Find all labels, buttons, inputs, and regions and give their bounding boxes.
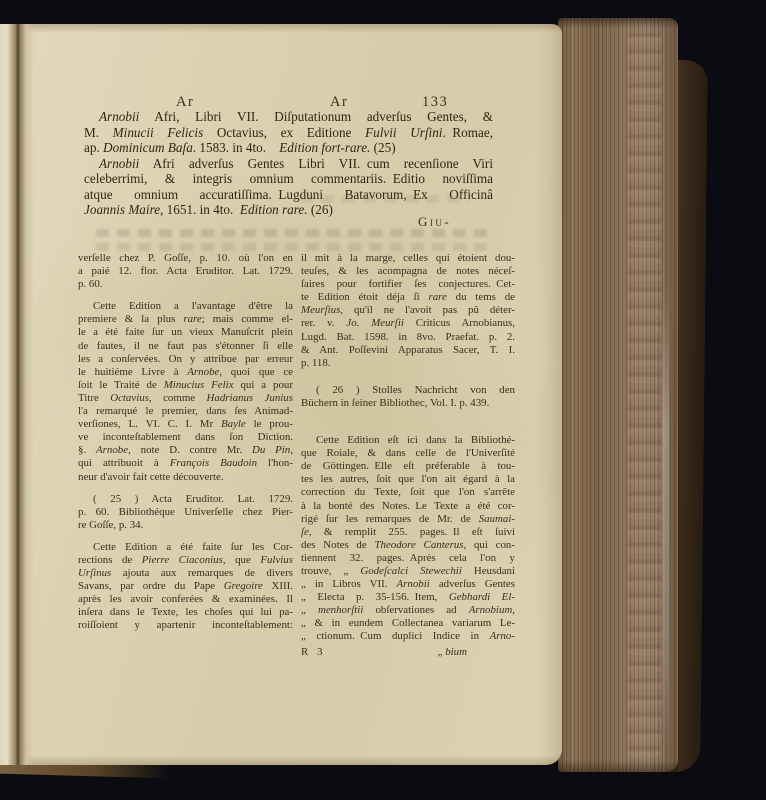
- text-line: verſelle chez P. Goſſe, p. 10. où l'on e…: [78, 252, 293, 265]
- text-line: Titre Octavius, comme Hadrianus Junius: [78, 392, 293, 405]
- text-line: „ in Libros VII. Arnobii adverſus Gentes: [301, 578, 515, 591]
- text-line: tiennent 32. pages. Après cela l'on y: [301, 552, 515, 565]
- show-through-text: [300, 195, 470, 203]
- text-line: Meurſius, qu'il ne l'avoit pas pû déter-: [301, 304, 515, 317]
- paragraph: Cette Edition a été faite ſur les Cor-re…: [78, 541, 293, 633]
- text-line: §. Arnobe, note D. contre Mr. Du Pin,: [78, 444, 293, 457]
- text-line: que Roiale, & dans celle de l'Univerſité: [301, 447, 515, 460]
- text-line: correction du Texte, ſoit que l'on s'arr…: [301, 486, 515, 499]
- show-through-text: [96, 229, 488, 237]
- paragraph: verſelle chez P. Goſſe, p. 10. où l'on e…: [78, 252, 293, 291]
- text-line: ſe, & remplit 255. pages. Il eſt ſuivi: [301, 526, 515, 539]
- text-line: Arnobii Afri, Libri VII. Diſputationum a…: [84, 109, 493, 125]
- text-line: ( 25 ) Acta Eruditor. Lat. 1729.: [78, 493, 293, 506]
- text-line: après les avoir conferées & examinées. I…: [78, 593, 293, 606]
- text-line: rections de Pierre Ciaconius, que Fulviu…: [78, 554, 293, 567]
- direction-word: Giu-: [418, 214, 451, 230]
- text-line: „ Electa p. 35-156. Item, Gebhardi El-: [301, 591, 515, 604]
- text-line: ap. Dominicum Baſa. 1583. in 4to. Editio…: [84, 140, 493, 156]
- photo-background: Ar Ar 133 Arnobii Afri, Libri VII. Diſpu…: [0, 0, 766, 800]
- text-line: a paié 12. flor. Acta Eruditor. Lat. 172…: [78, 265, 293, 278]
- paragraph: Cette Edition eſt ici dans la Bibliothé-…: [301, 434, 515, 644]
- text-line: il mit à la marge, celles qui étoient do…: [301, 252, 515, 265]
- text-line: premiere & la plus rare; mais comme el-: [78, 313, 293, 326]
- text-line: roiſſoient y apartenir inconteſtablement…: [78, 619, 293, 632]
- show-through-text: [96, 243, 488, 251]
- text-line: ( 26 ) Stolles Nachricht von den: [301, 384, 515, 397]
- paragraph: Arnobii Afri, Libri VII. Diſputationum a…: [84, 109, 493, 156]
- text-line: rigé ſur les remarques de Mr. de Saumai-: [301, 513, 515, 526]
- text-line: Urſinus ajouta aux remarques de divers: [78, 567, 293, 580]
- text-line: p. 118.: [301, 357, 515, 370]
- text-line: tes les autres, ſoit que l'on ait égard …: [301, 473, 515, 486]
- text-line: „ menhorſtii obſervationes ad Arnobium,: [301, 604, 515, 617]
- book-fore-edge: [558, 18, 678, 772]
- text-line: Cette Edition a été faite ſur les Cor-: [78, 541, 293, 554]
- left-column: verſelle chez P. Goſſe, p. 10. où l'on e…: [78, 252, 293, 659]
- right-column: il mit à la marge, celles qui étoient do…: [301, 252, 515, 659]
- text-line: qui attribuoit à François Baudoin l'hon-: [78, 457, 293, 470]
- text-line: à la bonté des Notes. Le Texte a été cor…: [301, 500, 515, 513]
- book-page: Ar Ar 133 Arnobii Afri, Libri VII. Diſpu…: [0, 24, 562, 765]
- text-columns: verſelle chez P. Goſſe, p. 10. où l'on e…: [78, 252, 515, 659]
- paragraph: il mit à la marge, celles qui étoient do…: [301, 252, 515, 370]
- fore-edge-mottle: [628, 33, 662, 757]
- text-line: Büchern in ſeiner Bibliothec, Vol. I. p.…: [301, 397, 515, 410]
- text-line: de Göttingen. Elle eſt préferable à tou-: [301, 460, 515, 473]
- text-line: „ & in eundem Collectanea variarum Le-: [301, 617, 515, 630]
- text-line: Cette Edition eſt ici dans la Bibliothé-: [301, 434, 515, 447]
- text-line: „ ctionum. Cum duplici Indice in Arno-: [301, 630, 515, 643]
- text-line: trouve, „ Godeſcalci Stewechii Heusdani: [301, 565, 515, 578]
- text-line: neur d'avoir fait cette découverte.: [78, 471, 293, 484]
- text-line: celeberrimi, & integris omnium commentar…: [84, 171, 493, 187]
- text-line: Arnobii Afri adverſus Gentes Libri VII. …: [84, 156, 493, 172]
- text-line: ſaires pour fortifier ſes conjectures. C…: [301, 278, 515, 291]
- text-line: p. 60.: [78, 278, 293, 291]
- text-line: Lugd. Bat. 1598. in 8vo. Praefat. p. 2.: [301, 331, 515, 344]
- signature-mark: R 3: [301, 646, 325, 659]
- gutter-shadow: [0, 24, 34, 765]
- text-line: re Goſſe, p. 34.: [78, 519, 293, 532]
- paragraph: ( 26 ) Stolles Nachricht von denBüchern …: [301, 384, 515, 410]
- signature-row: R 3„ bium: [301, 646, 515, 659]
- text-line: teuſes, & les acompagna de notes néceſ-: [301, 265, 515, 278]
- text-line: les a conſervées. On y attribue par erre…: [78, 353, 293, 366]
- text-line: p. 60. Bibliothéque Univerſelle chez Pie…: [78, 506, 293, 519]
- text-line: l'a remarqué le premier, dans ſes Animad…: [78, 405, 293, 418]
- text-line: te Edition étoit déja ſi rare du tems de: [301, 291, 515, 304]
- text-line: verſiones, L. VI. C. I. Mr Bayle le prou…: [78, 418, 293, 431]
- text-line: Savans, par ordre du Pape Gregoire XIII.: [78, 580, 293, 593]
- text-line: des Notes de Theodore Canterus, qui con-: [301, 539, 515, 552]
- text-line: inſera dans le Texte, les choſes qui lui…: [78, 606, 293, 619]
- paragraph: ( 25 ) Acta Eruditor. Lat. 1729.p. 60. B…: [78, 493, 293, 532]
- paragraph: Cette Edition a l'avantage d'être laprem…: [78, 300, 293, 483]
- text-line: le a été faite ſur un vieux Manuſcrit pl…: [78, 326, 293, 339]
- text-line: ve inconteſtablement dans ſon Diction.: [78, 431, 293, 444]
- text-line: Cette Edition a l'avantage d'être la: [78, 300, 293, 313]
- text-line: le huitiéme Livre à Arnobe, quoi que ce: [78, 366, 293, 379]
- catchword: „ bium: [438, 646, 467, 659]
- fore-edge-highlight: [662, 289, 669, 741]
- text-line: de fautes, il ne faut pas s'étonner ſi e…: [78, 340, 293, 353]
- text-line: ſoit le Traité de Minucius Felix qui a p…: [78, 379, 293, 392]
- text-line: & Ant. Poſſevini Apparatus Sacer, T. I.: [301, 344, 515, 357]
- text-line: rer. v. Jo. Meurſii Criticus Arnobianus,: [301, 317, 515, 330]
- text-line: M. Minucii Felicis Octavius, ex Editione…: [84, 125, 493, 141]
- paragraph: Arnobii Afri adverſus Gentes Libri VII. …: [84, 156, 493, 218]
